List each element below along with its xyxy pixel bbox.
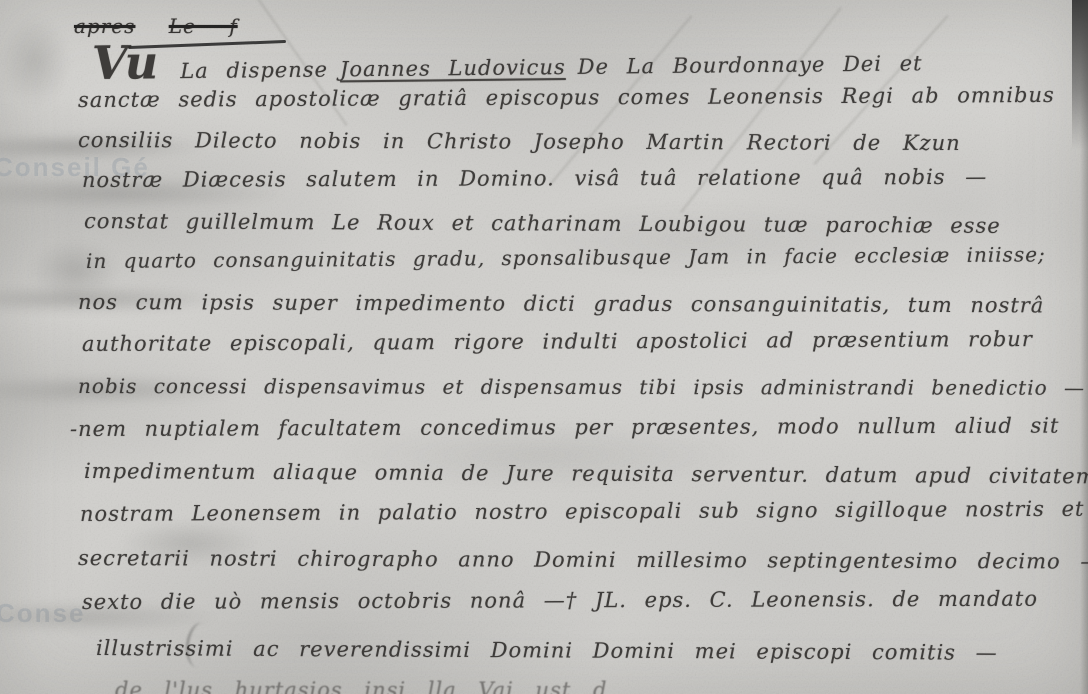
manuscript-line-2: consiliis Dilecto nobis in Christo Josep… — [78, 128, 961, 155]
manuscript-line-7: authoritate episcopali, quam rigore indu… — [82, 327, 1033, 356]
opening-text: La dispense — [180, 58, 328, 84]
manuscript-line-partial-cut: de l'lus hurtasios insi lla Vai ust d — [115, 678, 607, 694]
manuscript-line-3: nostræ Diæcesis salutem in Domino. visâ … — [82, 165, 987, 192]
manuscript-line-11: nostram Leonensem in palatio nostro epis… — [80, 497, 1085, 526]
manuscript-line-8: nobis concessi dispensavimus et dispensa… — [78, 374, 1085, 400]
manuscript-line-4: constat guillelmum Le Roux et catharinam… — [84, 209, 1001, 238]
scan-edge-shadow-top-right — [1072, 0, 1088, 150]
opening-name-underlined: Joannes Ludovicus — [340, 55, 566, 81]
manuscript-line-9: -nem nuptialem facultatem concedimus per… — [70, 414, 1059, 441]
manuscript-line-13: sexto die uò mensis octobris nonâ —† JL.… — [82, 587, 1038, 614]
opening-text-tail: De La Bourdonnaye Dei et — [578, 51, 923, 79]
opening-initial: Vu — [92, 35, 159, 90]
manuscript-line-6: nos cum ipsis super impedimento dicti gr… — [78, 290, 1044, 317]
struck-word-left: apres — [74, 14, 135, 38]
manuscript-line-12: secretarii nostri chirographo anno Domin… — [78, 546, 1088, 574]
manuscript-page: Conseil Gé Conse apres Le f Vu La dispen… — [0, 0, 1088, 694]
scan-edge-shadow-right — [1080, 0, 1088, 694]
ink-bleed-smudge — [0, 16, 70, 106]
manuscript-line-14: illustrissimi ac reverendissimi Domini D… — [96, 636, 998, 665]
archive-watermark-bottom: Conse — [0, 598, 85, 629]
manuscript-line-1: sanctæ sedis apostolicæ gratiâ episcopus… — [78, 83, 1055, 112]
manuscript-opening-line: Vu La dispense Joannes Ludovicus De La B… — [92, 27, 935, 90]
manuscript-line-10: impedimentum aliaque omnia de Jure requi… — [84, 459, 1088, 488]
manuscript-line-5: in quarto consanguinitatis gradu, sponsa… — [86, 242, 1046, 273]
